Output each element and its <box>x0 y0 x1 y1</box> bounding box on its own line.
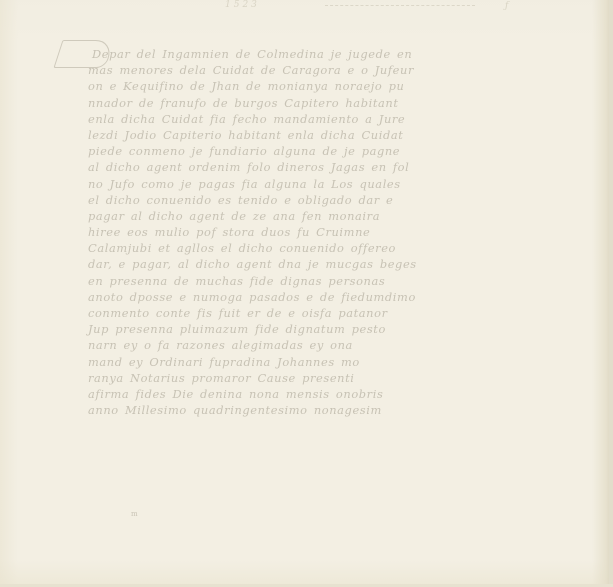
folio-header: 1523 ƒ <box>205 0 515 14</box>
manuscript-page: 1523 ƒ Depar del Ingamnien de Colmedina … <box>0 0 613 587</box>
manuscript-line: en presenna de muchas fide dignas person… <box>88 273 608 289</box>
manuscript-line: on e Kequifino de Jhan de monianya norae… <box>88 78 608 94</box>
manuscript-line: mand ey Ordinari fupradina Johannes mo <box>88 354 608 370</box>
manuscript-line: dar, e pagar, al dicho agent dna je mucg… <box>88 256 608 272</box>
manuscript-line: nnador de franufo de burgos Capitero hab… <box>88 95 608 111</box>
manuscript-line: afirma fides Die denina nona mensis onob… <box>88 386 608 402</box>
manuscript-line: conmento conte fis fuit er de e oisfa pa… <box>88 305 608 321</box>
manuscript-line: lezdi Jodio Capiterio habitant enla dich… <box>88 127 608 143</box>
manuscript-line: al dicho agent ordenim folo dineros Jaga… <box>88 159 608 175</box>
manuscript-line: enla dicha Cuidat fia fecho mandamiento … <box>88 111 608 127</box>
manuscript-line: Calamjubi et agllos el dicho conuenido o… <box>88 240 608 256</box>
manuscript-line: el dicho conuenido es tenido e obligado … <box>88 192 608 208</box>
manuscript-line: Jup presenna pluimazum fide dignatum pes… <box>88 321 608 337</box>
manuscript-line: piede conmeno je fundiario alguna de je … <box>88 143 608 159</box>
manuscript-line: no Jufo como je pagas fia alguna la Los … <box>88 176 608 192</box>
manuscript-text-block: Depar del Ingamnien de Colmedina je juge… <box>88 46 608 418</box>
page-edge-shadow <box>609 0 613 587</box>
folio-number: 1523 <box>225 0 260 10</box>
folio-mark: ƒ <box>505 1 511 11</box>
manuscript-line: anno Millesimo quadringentesimo nonagesi… <box>88 402 608 418</box>
manuscript-line: pagar al dicho agent de ze ana fen monai… <box>88 208 608 224</box>
manuscript-line: narn ey o fa razones alegimadas ey ona <box>88 337 608 353</box>
manuscript-line: anoto dposse e numoga pasados e de fiedu… <box>88 289 608 305</box>
manuscript-line: hiree eos mulio pof stora duos fu Cruimn… <box>88 224 608 240</box>
manuscript-line: ranya Notarius promaror Cause presenti <box>88 370 608 386</box>
manuscript-line: Depar del Ingamnien de Colmedina je juge… <box>92 46 608 62</box>
manuscript-line: mas menores dela Cuidat de Caragora e o … <box>88 62 608 78</box>
header-scribble <box>325 5 475 6</box>
footer-mark: m <box>131 510 138 518</box>
